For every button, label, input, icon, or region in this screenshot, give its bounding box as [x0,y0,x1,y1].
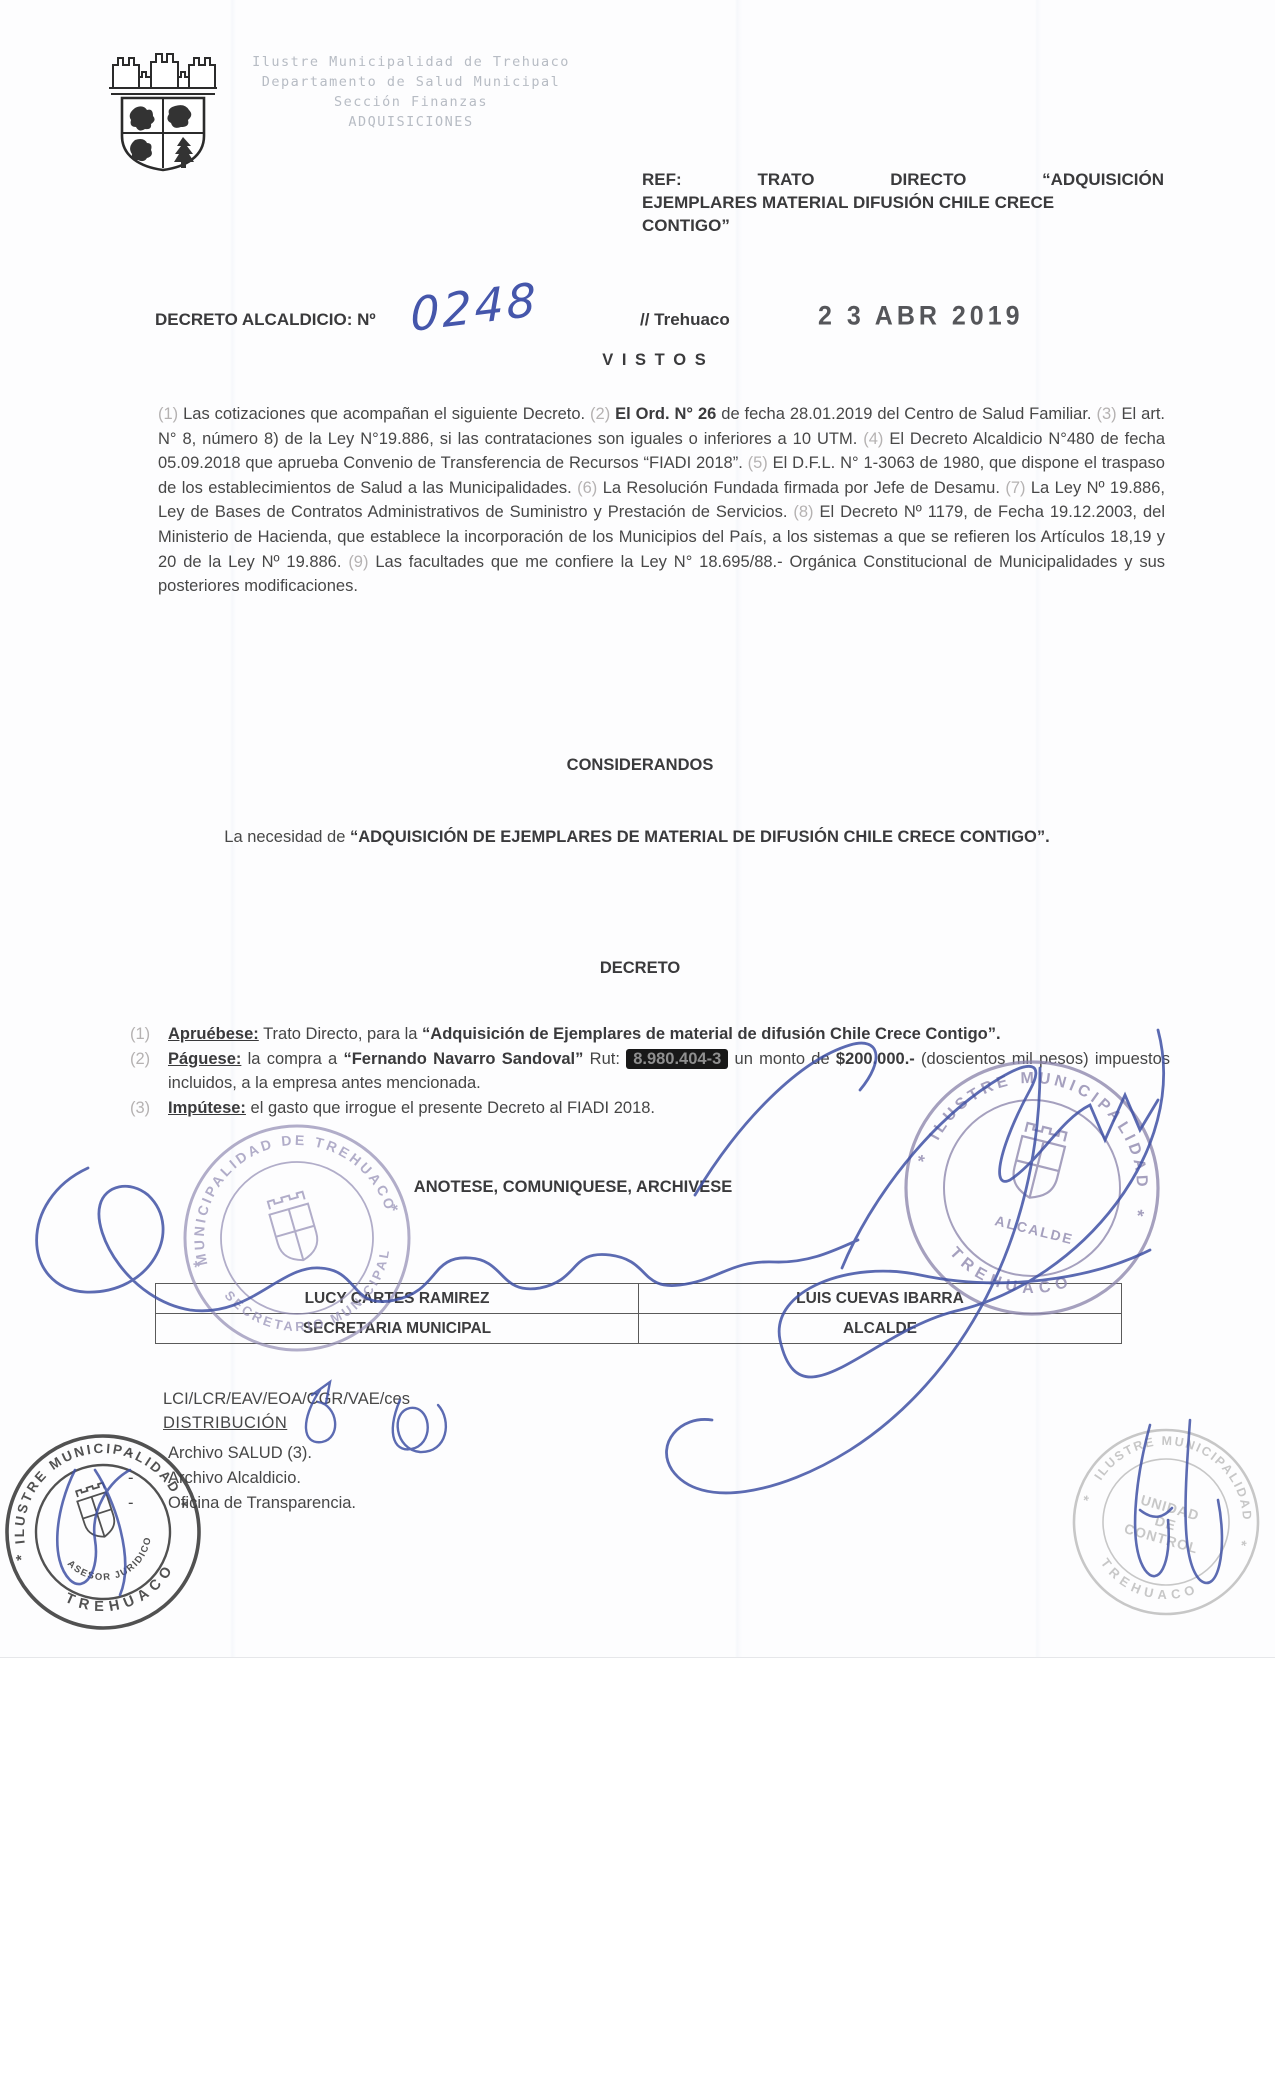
distribution-heading: DISTRIBUCIÓN [163,1414,287,1433]
item-text: Páguese: la compra a “Fernando Navarro S… [168,1047,1170,1096]
letterhead-line-2: Departamento de Salud Municipal [243,72,579,92]
ref-word: DIRECTO [890,168,966,191]
vistos-heading: V I S T O S [602,351,707,370]
text-segment: el gasto que irrogue el presente Decreto… [246,1099,655,1117]
text-segment: Trato Directo, para la [259,1025,422,1043]
signature-names-row: LUCY CARTES RAMIREZ LUIS CUEVAS IBARRA [156,1284,1121,1314]
dash-bullet: - [128,1491,168,1516]
item-number: (3) [130,1096,168,1121]
signature-table: LUCY CARTES RAMIREZ LUIS CUEVAS IBARRA S… [155,1283,1122,1344]
item-number: (2) [130,1047,168,1096]
dash-bullet: - [128,1466,168,1491]
vistos-paragraph: (1) Las cotizaciones que acompañan el si… [158,402,1165,599]
item-text: Apruébese: Trato Directo, para la “Adqui… [168,1022,1170,1047]
text-segment: (8) [793,503,813,521]
decree-place: // Trehuaco [640,310,730,330]
decreto-item-3: (3) Impútese: el gasto que irrogue el pr… [130,1096,1170,1121]
secretaria-title: SECRETARIA MUNICIPAL [156,1314,639,1343]
ref-block: REF: TRATO DIRECTO “ADQUISICIÓN EJEMPLAR… [642,168,1164,237]
letterhead-line-4: ADQUISICIONES [243,112,579,132]
crown-band [109,88,217,94]
closing-formula: ANOTESE, COMUNIQUESE, ARCHIVESE [414,1178,732,1197]
text-segment: El Ord. N° 26 [610,405,721,423]
responsibility-initials: LCI/LCR/EAV/EOA/CGR/VAE/ces [163,1390,410,1409]
letterhead-line-1: Ilustre Municipalidad de Trehuaco [243,52,579,72]
text-segment: Impútese: [168,1099,246,1117]
text-segment: Apruébese: [168,1025,259,1043]
considerandos-paragraph: La necesidad de “ADQUISICIÓN DE EJEMPLAR… [187,824,1087,850]
text-segment: (9) [348,553,368,571]
ref-line-3: CONTIGO” [642,214,1164,237]
distribution-item: - Archivo SALUD (3). [128,1441,356,1466]
secretaria-name: LUCY CARTES RAMIREZ [156,1284,639,1313]
decreto-item-2: (2) Páguese: la compra a “Fernando Navar… [130,1047,1170,1096]
decreto-heading: DECRETO [600,959,680,978]
distribution-item: - Oficina de Transparencia. [128,1491,356,1516]
item-text: Impútese: el gasto que irrogue el presen… [168,1096,1170,1121]
municipality-coat-of-arms [93,36,235,178]
scanned-decree-page: Ilustre Municipalidad de Trehuaco Depart… [0,0,1275,2100]
item-number: (1) [130,1022,168,1047]
signature-titles-row: SECRETARIA MUNICIPAL ALCALDE [156,1314,1121,1343]
text-segment: La necesidad de [224,828,350,846]
distribution-item-text: Oficina de Transparencia. [168,1491,356,1516]
considerandos-heading: CONSIDERANDOS [567,756,714,775]
ref-word: TRATO [757,168,814,191]
letterhead-line-3: Sección Finanzas [243,92,579,112]
text-segment: (7) [1005,479,1025,497]
distribution-item-text: Archivo Alcaldicio. [168,1466,301,1491]
text-segment: “Fernando Navarro Sandoval” [343,1050,583,1068]
decreto-item-1: (1) Apruébese: Trato Directo, para la “A… [130,1022,1170,1047]
text-segment: “Adquisición de Ejemplares de material d… [422,1025,1001,1043]
ref-word: “ADQUISICIÓN [1042,168,1164,191]
text-segment: $200.000.- [836,1050,915,1068]
text-segment: (4) [863,430,883,448]
text-segment: La Resolución Fundada firmada por Jefe d… [597,479,1005,497]
text-segment: un monto de [728,1050,836,1068]
ref-line-2: EJEMPLARES MATERIAL DIFUSIÓN CHILE CRECE [642,191,1164,214]
text-segment: (3) [1096,405,1116,423]
distribution-item-text: Archivo SALUD (3). [168,1441,312,1466]
text-segment: Las cotizaciones que acompañan el siguie… [178,405,590,423]
text-segment: (1) [158,405,178,423]
decree-number-label: DECRETO ALCALDICIO: Nº [155,310,376,330]
crown-left-tower [113,58,139,88]
dash-bullet: - [128,1441,168,1466]
text-segment: (5) [748,454,768,472]
text-segment: 8.980.404-3 [626,1049,728,1069]
text-segment: la compra a [241,1050,343,1068]
text-segment: (2) [590,405,610,423]
distribution-item: - Archivo Alcaldicio. [128,1466,356,1491]
text-segment: Páguese: [168,1050,241,1068]
distribution-list: - Archivo SALUD (3). - Archivo Alcaldici… [128,1441,356,1516]
alcalde-name: LUIS CUEVAS IBARRA [639,1284,1121,1313]
letterhead-org-block: Ilustre Municipalidad de Trehuaco Depart… [243,52,579,132]
ref-line-1: REF: TRATO DIRECTO “ADQUISICIÓN [642,168,1164,191]
ref-word: REF: [642,168,682,191]
text-segment: (6) [577,479,597,497]
text-segment: de fecha 28.01.2019 del Centro de Salud … [721,405,1096,423]
crown-mid-tower [151,54,178,88]
text-segment: “ADQUISICIÓN DE EJEMPLARES DE MATERIAL D… [350,828,1050,846]
decreto-list: (1) Apruébese: Trato Directo, para la “A… [130,1022,1170,1120]
crown-right-tower [189,58,215,88]
alcalde-title: ALCALDE [639,1314,1121,1343]
text-segment: Rut: [583,1050,626,1068]
date-stamp: 2 3 ABR 2019 [818,301,1024,332]
